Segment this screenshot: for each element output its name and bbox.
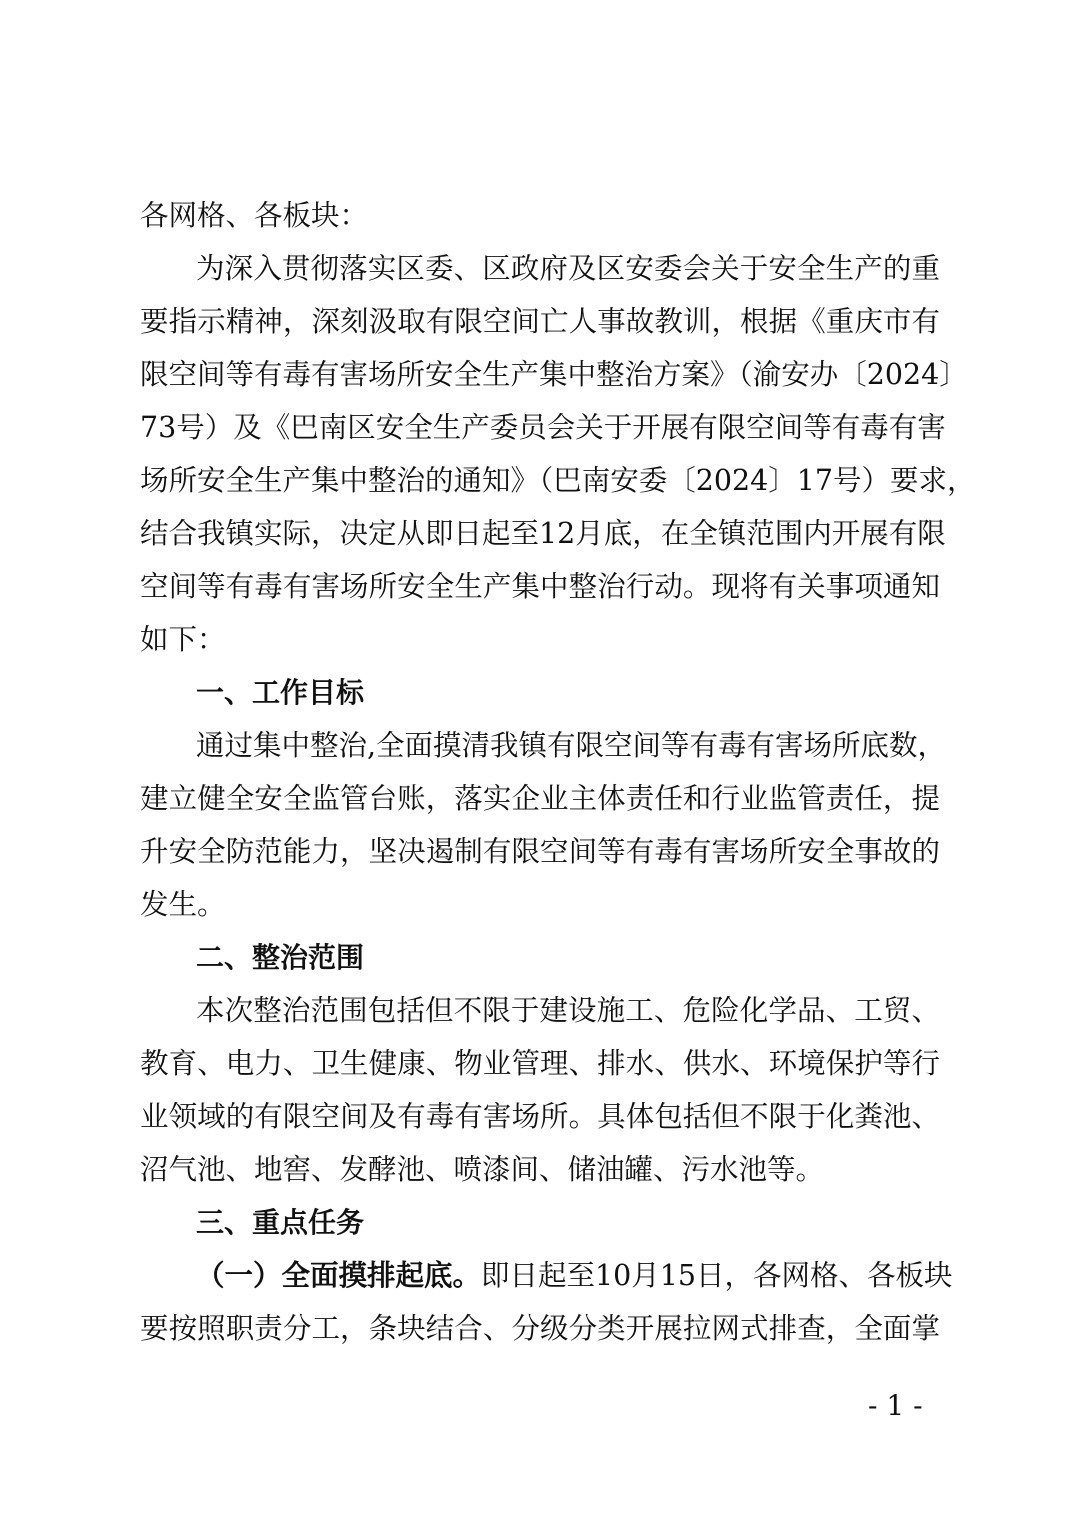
section-heading-goals: 一、工作目标 bbox=[196, 673, 364, 713]
tasks-line: 要按照职责分工，条块结合、分级分类开展拉网式排查，全面掌 bbox=[140, 1309, 940, 1349]
subsection-text: 即日起至10月15日，各网格、各板块 bbox=[481, 1256, 953, 1296]
scope-line: 沼气池、地窖、发酵池、喷漆间、储油罐、污水池等。 bbox=[140, 1150, 940, 1190]
section-heading-scope: 二、整治范围 bbox=[196, 938, 364, 978]
intro-line: 场所安全生产集中整治的通知》（巴南安委〔2024〕17号）要求， bbox=[140, 461, 940, 501]
scope-line: 本次整治范围包括但不限于建设施工、危险化学品、工贸、 bbox=[196, 991, 940, 1031]
document-page: 各网格、各板块： 为深入贯彻落实区委、区政府及区安委会关于安全生产的重 要指示精… bbox=[0, 0, 1074, 1520]
intro-line: 73号）及《巴南区安全生产委员会关于开展有限空间等有毒有害 bbox=[140, 408, 940, 448]
goals-line: 建立健全安全监管台账，落实企业主体责任和行业监管责任，提 bbox=[140, 779, 940, 819]
scope-line: 教育、电力、卫生健康、物业管理、排水、供水、环境保护等行 bbox=[140, 1044, 940, 1084]
tasks-subsection-line: （一）全面摸排起底。即日起至10月15日，各网格、各板块 bbox=[196, 1256, 940, 1296]
intro-line: 为深入贯彻落实区委、区政府及区安委会关于安全生产的重 bbox=[196, 249, 940, 289]
salutation: 各网格、各板块： bbox=[140, 196, 940, 236]
goals-line: 升安全防范能力，坚决遏制有限空间等有毒有害场所安全事故的 bbox=[140, 832, 940, 872]
intro-line: 空间等有毒有害场所安全生产集中整治行动。现将有关事项通知 bbox=[140, 567, 940, 607]
page-number: - 1 - bbox=[868, 1386, 923, 1426]
scope-line: 业领域的有限空间及有毒有害场所。具体包括但不限于化粪池、 bbox=[140, 1097, 940, 1137]
intro-line: 结合我镇实际，决定从即日起至12月底，在全镇范围内开展有限 bbox=[140, 514, 940, 554]
subsection-title: （一）全面摸排起底。 bbox=[196, 1256, 481, 1296]
intro-line: 限空间等有毒有害场所安全生产集中整治方案》（渝安办〔2024〕 bbox=[140, 355, 940, 395]
intro-line: 要指示精神，深刻汲取有限空间亡人事故教训，根据《重庆市有 bbox=[140, 302, 940, 342]
goals-line: 通过集中整治,全面摸清我镇有限空间等有毒有害场所底数， bbox=[196, 726, 940, 766]
intro-line: 如下： bbox=[140, 620, 940, 660]
goals-line: 发生。 bbox=[140, 885, 940, 925]
section-heading-tasks: 三、重点任务 bbox=[196, 1203, 364, 1243]
